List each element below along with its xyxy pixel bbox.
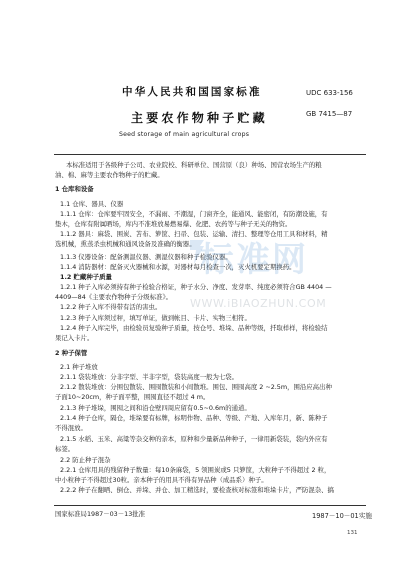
page-number: 131 [347,530,358,536]
udc-code: UDC 633-156 [306,89,353,97]
clause-line: 中小粒种子不得超过30粒。亲本种子的用具不得有异品种（成品系）种子。 [55,475,268,484]
clause-line: 2.2.2 种子在翻晒、倒仓、并垛、并仓、加工精选时，要检查核对标签和堆垛卡片，… [60,485,334,494]
clause-line: 2.2.1 仓库用具的残留种子数量：每10条麻袋，5 领围炭或5 只箩筐，大粒种… [60,465,330,474]
standard-category-title: 中华人民共和国国家标准 [122,84,262,99]
english-subtitle: Seed storage of main agricultural crops [119,131,249,138]
clause-line: 1.2.3 种子入库须过秤，填写单证，做到帐目、卡片、实物三相符。 [60,313,251,322]
subsection-heading: 2.2 防止种子混杂 [60,455,111,464]
approval-date: 国家标准局1987－03－13批准 [55,509,145,518]
clause-line: 标签。 [55,444,74,453]
clause-line: 1.1.4 消防器材：配备灭火器械和水源，对器材每月检查一次，灭火机要定期换药。 [60,262,296,271]
watermark-url: WWW.iBIAOZHUN.COM [190,297,326,310]
clause-line: 果记入卡片。 [55,333,93,342]
clause-line: 不得混放。 [55,423,87,432]
footer-divider [54,505,366,506]
clause-line: 子面10~20cm，种子面平整，围囤直径不超过 4 m。 [55,392,209,401]
document-title: 主要农作物种子贮藏 [131,109,268,126]
intro-line: 油、棉、麻等主要农作物种子的贮藏。 [55,170,164,179]
clause-line: 2.1.2 散装堆放：分围包散装、围囤散装和小间散堆。围包、围囤高度 2 ~2.… [60,382,332,391]
clause-line: 选机械，熏蒸杀虫机械和通风设备及准确的衡器。 [55,239,196,248]
clause-line: 1.2.2 种子入库不得带有活的害虫。 [60,302,161,311]
gb-number: GB 7415—87 [306,110,352,118]
clause-line: 2.1.1 袋装堆放：分非字型、半非字型，袋装高度一般为七袋。 [60,372,238,381]
intro-line: 本标准适用于各级种子公司、农业院校、科研单位、国营原（良）种场、国营农场生产的粮 [66,160,322,169]
clause-line: 2.1.5 水稻、玉米、高粱等杂交种的亲本，原种和少量新品种种子，一律用新袋装，… [60,434,328,443]
clause-line: 2.1.4 种子仓库，隔仓，堆垛要有标牌，标明作物、品种、等级、产地、入库年月，… [60,413,328,422]
clause-line: 1.1.1 仓库：仓库要牢固安全，不漏雨、不潮湿，门窗齐全，能通风、能密闭，有防… [60,209,328,218]
clause-line: 1.2.4 种子入库完毕，由检验员复验种子质量，按仓号、堆垛、品种等级，扦取样样… [60,323,328,332]
document-page: 中华人民共和国国家标准 UDC 633-156 主要农作物种子贮藏 GB 741… [0,0,400,567]
header-divider [54,154,366,155]
section-heading: 1 仓库和设备 [55,184,94,193]
clause-line: 2.1.3 种子堆垛，围囤之间和沿仓壁四周应留有0.5~0.6m的通道。 [60,403,251,412]
clause-line: 垫木，仓库有附属晒场，库内不准堆放易燃易爆、化肥、农药等与种子无关的物资。 [55,219,291,228]
clause-line: 2.1 种子堆放 [60,362,98,371]
clause-line: 1.1.2 器具：麻袋、围炭、苫布、箩筐、扫帚、包装、运输、清扫、整理等仓用工具… [60,229,328,238]
clause-line: 1.1 仓库、器具、仪器 [60,199,123,208]
clause-line: 1.2.1 种子入库必须持有种子检验合格证，种子水分、净度、发芽率、纯度必须符合… [60,282,332,291]
subsection-heading: 1.2 贮藏种子质量 [60,272,112,281]
clause-line: 4409—84《主要农作物种子分级标准》。 [55,292,172,301]
clause-line: 1.1.3 仪器设备：配备测温仪器、测湿仪器和种子检验仪器。 [60,252,232,261]
implementation-date: 1987－10－01实施 [312,510,372,520]
section-heading: 2 种子保管 [55,348,87,357]
